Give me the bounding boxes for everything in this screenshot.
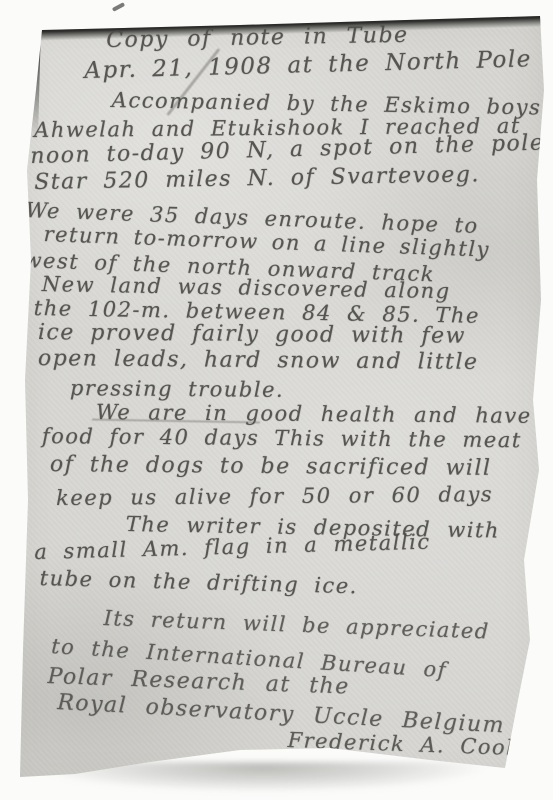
- handwritten-line: Copy of note in Tube: [106, 23, 409, 53]
- handwritten-line: of the dogs to be sacrificed will: [50, 452, 492, 481]
- handwritten-line: We are in good health and have: [96, 400, 532, 428]
- note-paper: Copy of note in Tube Apr. 21, 1908 at th…: [0, 0, 553, 800]
- handwritten-line: Its return will be appreciated: [103, 606, 490, 643]
- handwritten-line: tube on the drifting ice.: [39, 566, 358, 598]
- handwritten-line: Royal observatory Uccle Belgium: [57, 690, 506, 738]
- handwritten-line: keep us alive for 50 or 60 days: [56, 482, 493, 510]
- handwritten-line: pressing trouble.: [70, 376, 284, 402]
- scanned-photo: Copy of note in Tube Apr. 21, 1908 at th…: [0, 0, 553, 800]
- handwritten-line: a small Am. flag in a metallic: [34, 530, 431, 564]
- stray-fleck-mark: [112, 2, 125, 12]
- handwritten-line: ice proved fairly good with few: [38, 320, 466, 349]
- handwritten-line: food for 40 days This with the meat: [42, 424, 522, 452]
- handwritten-line: open leads, hard snow and little: [38, 346, 479, 375]
